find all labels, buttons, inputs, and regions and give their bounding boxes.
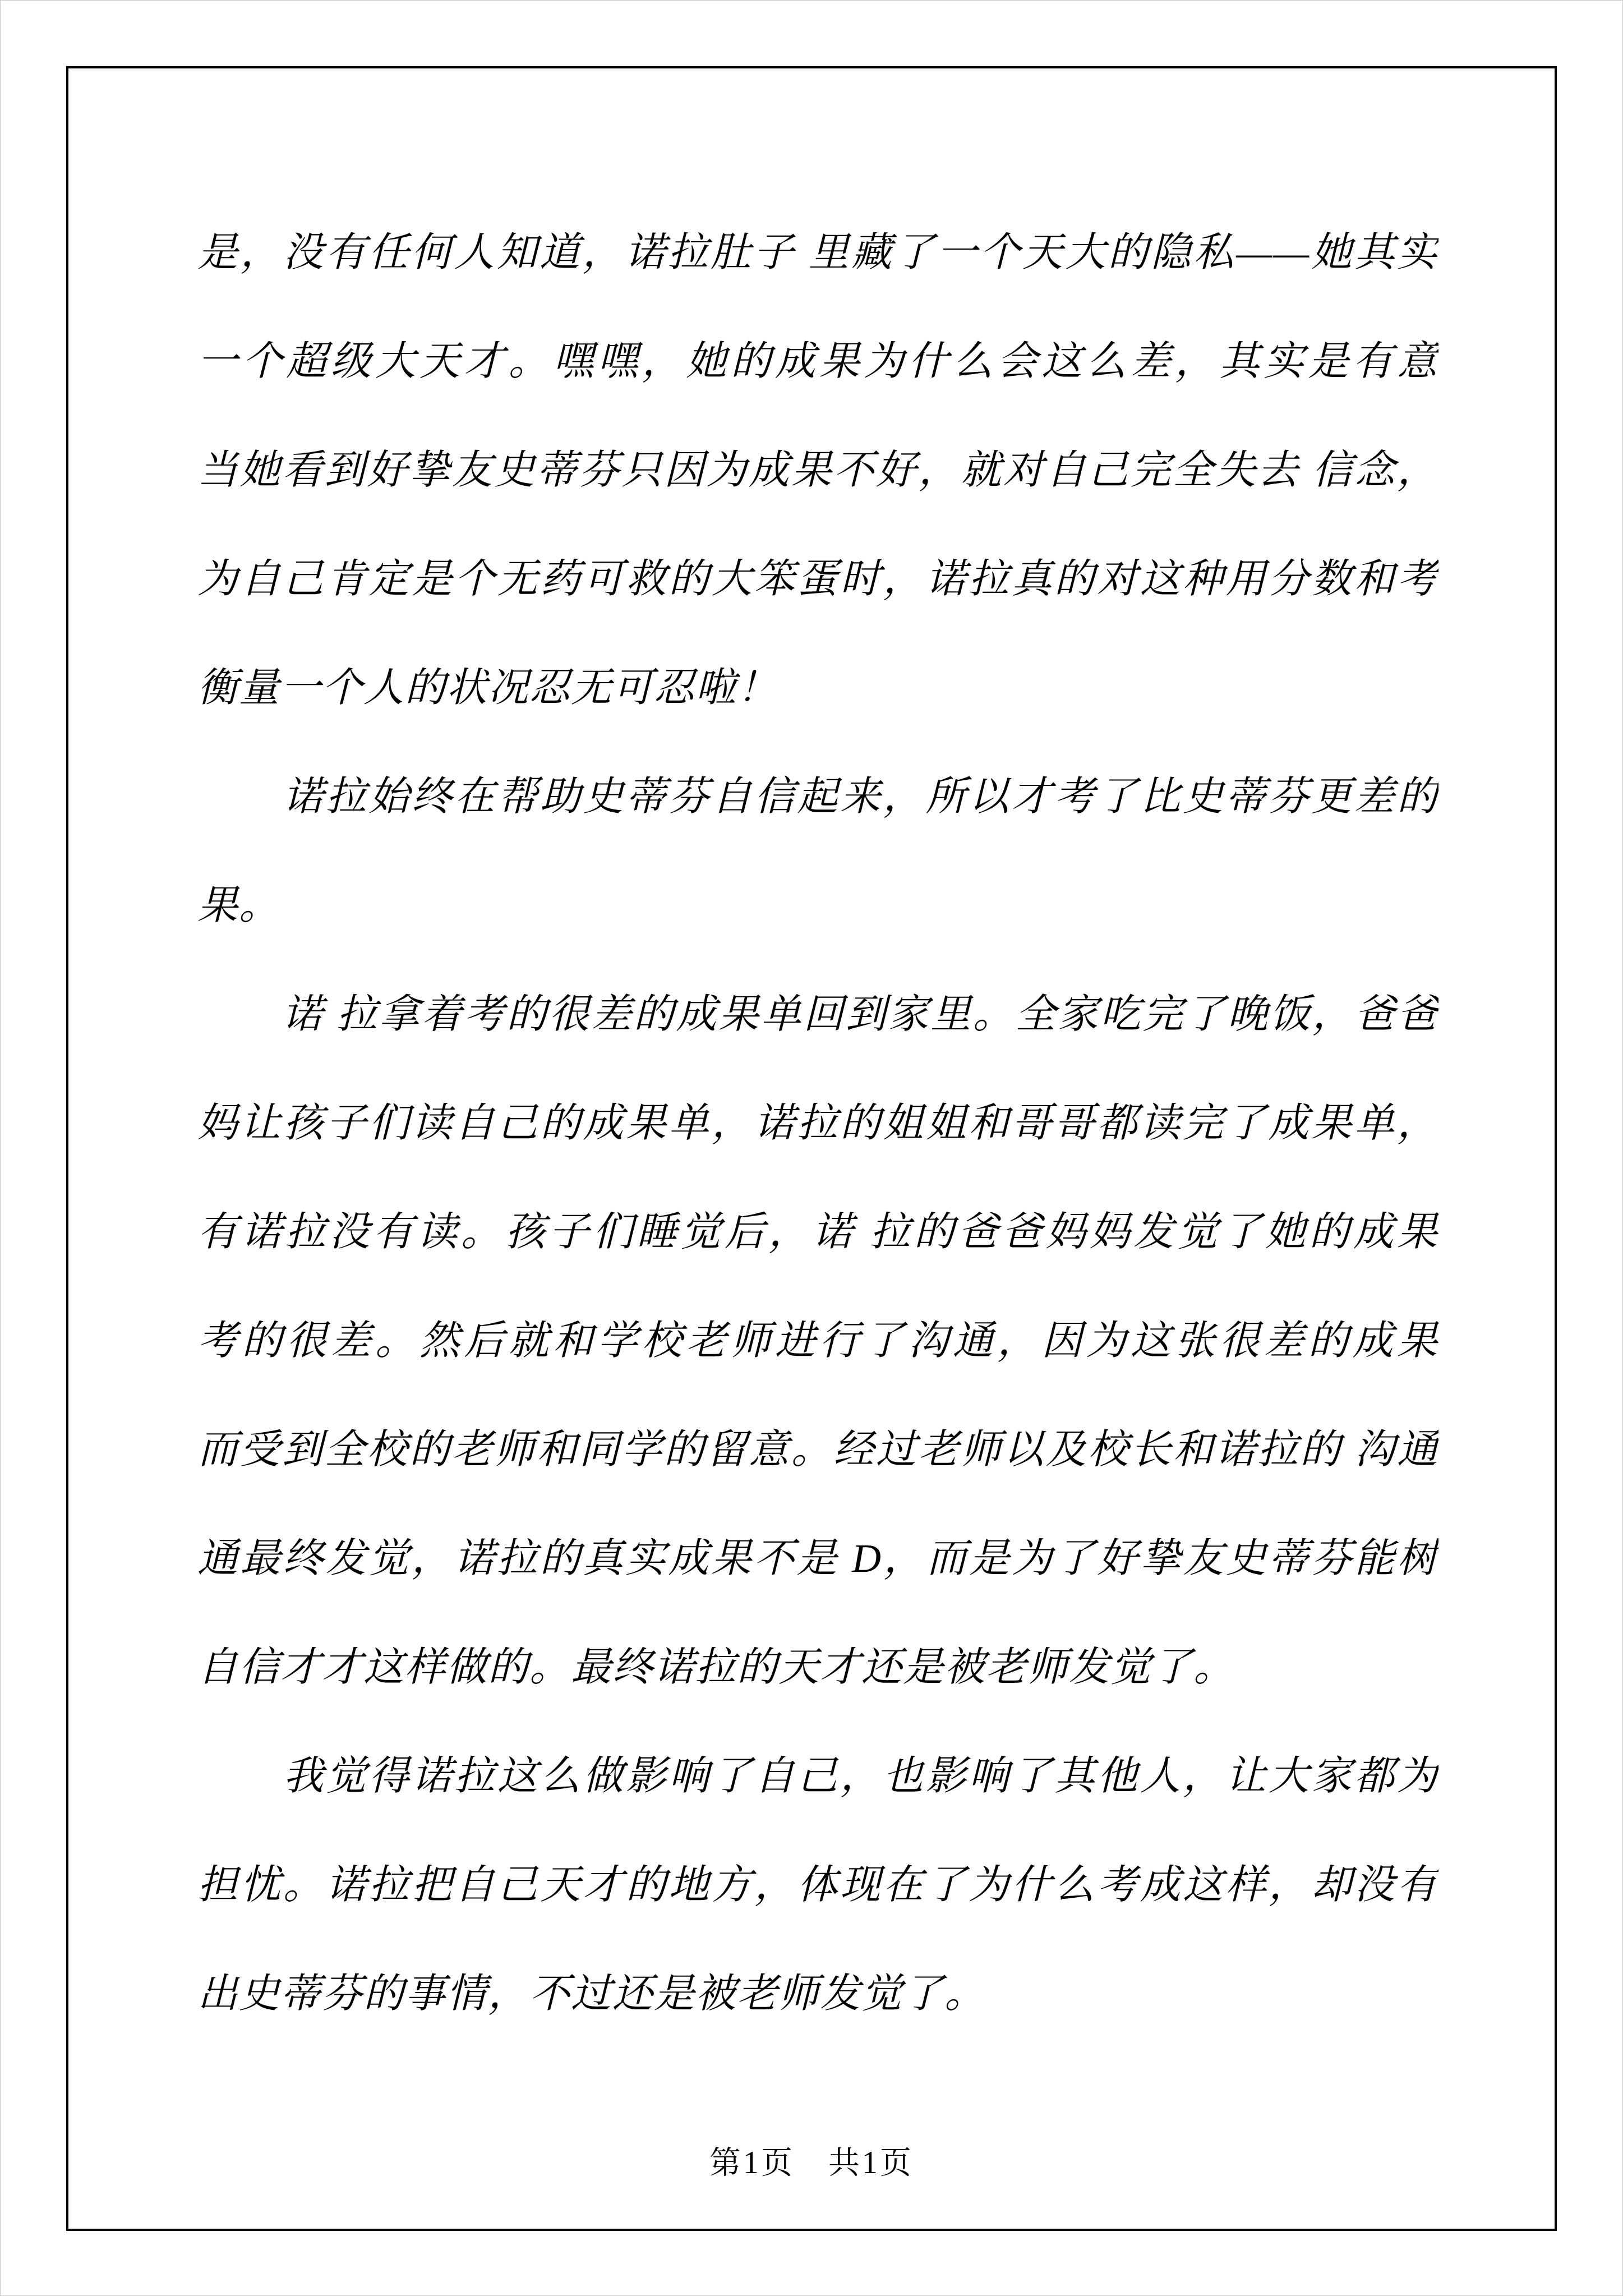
text-line: 果。 [197,851,1438,960]
text-line: 担忧。诺拉把自己天才的地方，体现在了为什么考成这样，却没有说 [197,1830,1438,1939]
text-line: 一个超级大天才。嘿嘿，她的成果为什么会这么差，其实是有意的。 [197,307,1438,416]
text-line: 当她看到好挚友史蒂芬只因为成果不好，就对自己完全失去 信念，认 [197,416,1438,524]
document-text: 是，没有任何人知道，诺拉肚子 里藏了一个天大的隐私——她其实是 一个超级大天才。… [197,198,1438,2048]
text-line: 是，没有任何人知道，诺拉肚子 里藏了一个天大的隐私——她其实是 [197,198,1438,307]
text-line: 衡量一个人的状况忍无可忍啦！ [197,633,1438,742]
page-number: 第1页 共1页 [0,2135,1623,2191]
text-line: 自信才才这样做的。最终诺拉的天才还是被老师发觉了。 [197,1613,1438,1722]
text-line: 我觉得诺拉这么做影响了自己，也影响了其他人，让大家都为她 [197,1722,1438,1830]
text-line: 有诺拉没有读。孩子们睡觉后，诺 拉的爸爸妈妈发觉了她的成果单， [197,1177,1438,1286]
text-line: 为自己肯定是个无药可救的大笨蛋时，诺拉真的对这种用分数和考试 [197,524,1438,633]
text-line: 考的很差。然后就和学校老师进行了沟通，因为这张很差的成果单， [197,1286,1438,1395]
text-line: 通最终发觉，诺拉的真实成果不是 D，而是为了好挚友史蒂芬能树立 [197,1504,1438,1613]
text-line: 妈让孩子们读自己的成果单，诺拉的姐姐和哥哥都读完了成果单，只 [197,1069,1438,1177]
text-line: 诺 拉拿着考的很差的成果单回到家里。全家吃完了晚饭，爸爸妈 [197,960,1438,1069]
document-page: 是，没有任何人知道，诺拉肚子 里藏了一个天大的隐私——她其实是 一个超级大天才。… [0,0,1623,2296]
text-line: 而受到全校的老师和同学的留意。经过老师以及校长和诺拉的 沟通沟 [197,1395,1438,1504]
text-line: 诺拉始终在帮助史蒂芬自信起来，所以才考了比史蒂芬更差的成 [197,742,1438,851]
text-line: 出史蒂芬的事情，不过还是被老师发觉了。 [197,1939,1438,2048]
